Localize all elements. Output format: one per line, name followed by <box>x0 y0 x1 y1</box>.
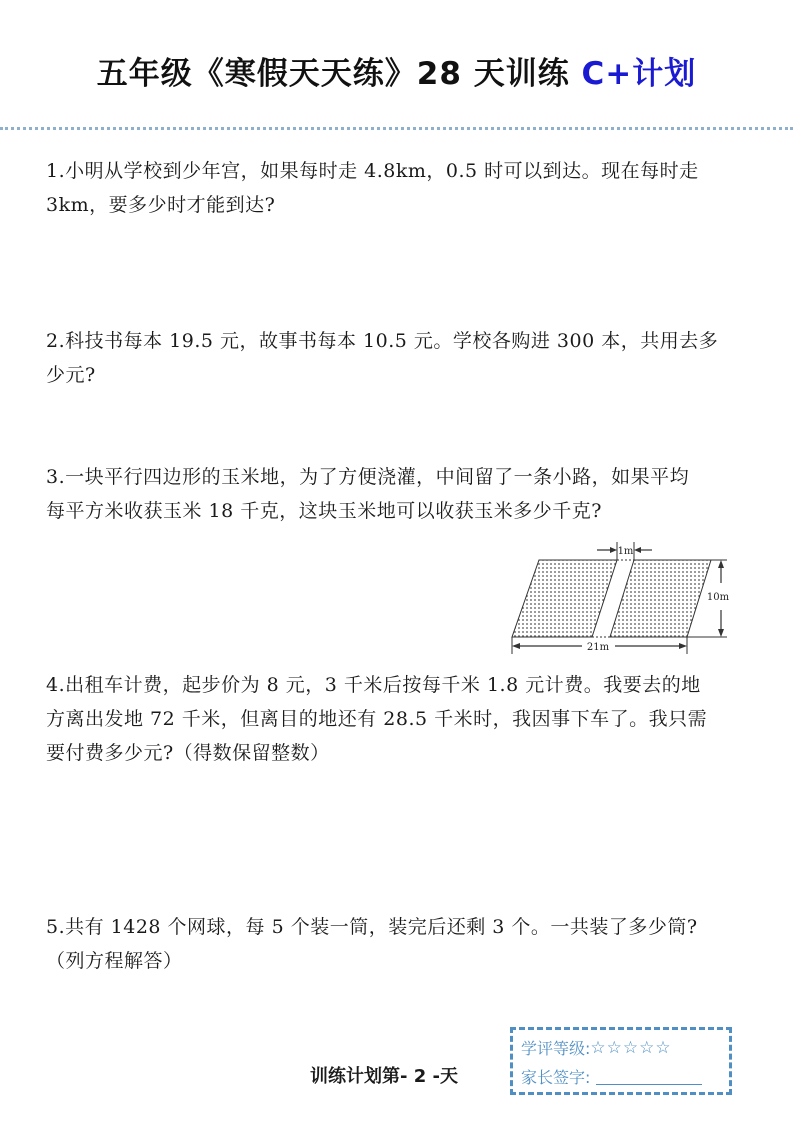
question-line: 5.共有 1428 个网球，每 5 个装一筒，装完后还剩 3 个。一共装了多少筒… <box>46 910 756 944</box>
page-title: 五年级《寒假天天练》28 天训练 C+计划 <box>0 48 793 93</box>
parallelogram-field-figure: 1m 10m 21m <box>497 538 747 656</box>
question-line: 每平方米收获玉米 18 千克，这块玉米地可以收获玉米多少千克? <box>46 494 756 528</box>
question-line: 少元? <box>46 358 756 392</box>
question-4: 4.出租车计费，起步价为 8 元，3 千米后按每千米 1.8 元计费。我要去的地… <box>46 668 756 770</box>
question-3: 3.一块平行四边形的玉米地，为了方便浇灌，中间留了一条小路，如果平均 每平方米收… <box>46 460 756 528</box>
question-1: 1.小明从学校到少年宫，如果每时走 4.8km，0.5 时可以到达。现在每时走 … <box>46 154 756 222</box>
base-label: 21m <box>587 642 610 653</box>
title-main: 五年级《寒假天天练》28 天训练 <box>97 56 582 92</box>
question-line: 2.科技书每本 19.5 元，故事书每本 10.5 元。学校各购进 300 本，… <box>46 324 756 358</box>
question-line: 方离出发地 72 千米，但离目的地还有 28.5 千米时，我因事下车了。我只需 <box>46 702 756 736</box>
path-width-label: 1m <box>618 546 634 557</box>
question-line: 3km，要多少时才能到达? <box>46 188 756 222</box>
question-5: 5.共有 1428 个网球，每 5 个装一筒，装完后还剩 3 个。一共装了多少筒… <box>46 910 756 978</box>
question-line: （列方程解答） <box>46 944 756 978</box>
question-line: 3.一块平行四边形的玉米地，为了方便浇灌，中间留了一条小路，如果平均 <box>46 460 756 494</box>
question-2: 2.科技书每本 19.5 元，故事书每本 10.5 元。学校各购进 300 本，… <box>46 324 756 392</box>
height-label: 10m <box>707 592 730 603</box>
signature-row: 家长签字: <box>521 1063 721 1092</box>
training-day-label: 训练计划第- 2 -天 <box>310 1062 458 1088</box>
star-rating-icon[interactable]: ☆☆☆☆☆ <box>590 1034 671 1063</box>
evaluation-box: 学评等级: ☆☆☆☆☆ 家长签字: <box>510 1027 732 1095</box>
signature-label: 家长签字: <box>521 1063 590 1092</box>
dotted-divider <box>0 127 793 130</box>
question-line: 4.出租车计费，起步价为 8 元，3 千米后按每千米 1.8 元计费。我要去的地 <box>46 668 756 702</box>
grade-label: 学评等级: <box>521 1034 590 1063</box>
question-line: 要付费多少元?（得数保留整数） <box>46 736 756 770</box>
grade-row: 学评等级: ☆☆☆☆☆ <box>521 1034 721 1063</box>
question-line: 1.小明从学校到少年宫，如果每时走 4.8km，0.5 时可以到达。现在每时走 <box>46 154 756 188</box>
signature-field[interactable] <box>596 1084 702 1085</box>
title-plan-name: C+计划 <box>582 56 697 92</box>
